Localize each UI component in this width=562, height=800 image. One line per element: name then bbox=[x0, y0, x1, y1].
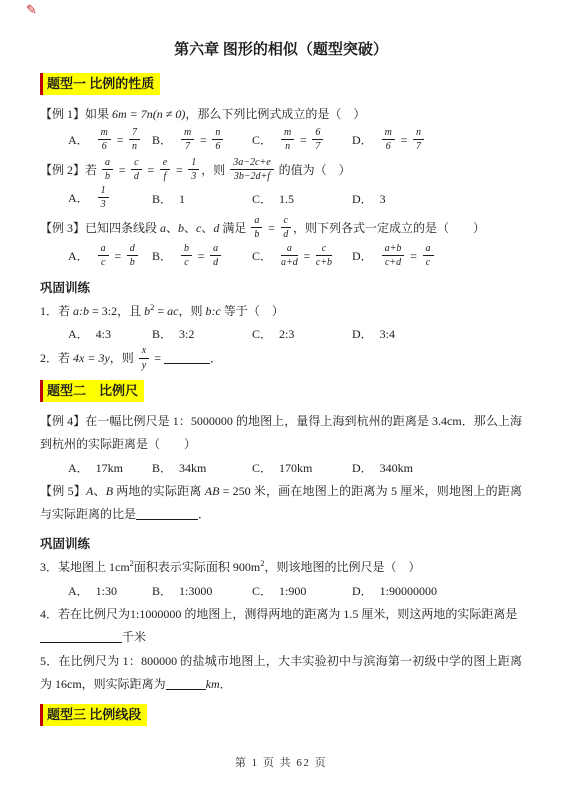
fraction: cd bbox=[281, 215, 291, 241]
fraction-denominator: 7 bbox=[312, 140, 323, 153]
fraction-numerator: 6 bbox=[312, 127, 323, 141]
fraction: xy bbox=[139, 345, 149, 371]
text-run: ，则该地图的比例尺是（ ） bbox=[265, 560, 421, 574]
option-item: B．m7 = n6 bbox=[152, 128, 252, 154]
example-2-text: 【例 2】若 ab = cd = ef = 13，则 3a−2c+e3b−2d+… bbox=[40, 158, 522, 184]
exercise-4-text: 4．若在比例尺为1:1000000 的地图上，测得两地的距离为 1.5 厘米，则… bbox=[40, 603, 522, 626]
exercise-3-text: 3．某地图上 1cm2面积表示实际面积 900m2，则该地图的比例尺是（ ） bbox=[40, 556, 522, 579]
math-run: 6m = 7n(n ≠ 0) bbox=[112, 107, 185, 121]
fraction-numerator: m bbox=[98, 127, 111, 141]
text-run: 4．若在比例尺为1:1000000 的地图上，测得两地的距离为 1.5 厘米，则… bbox=[40, 607, 517, 621]
fraction: a+bc+d bbox=[382, 243, 405, 269]
text-run: 2:3 bbox=[279, 327, 294, 341]
fraction: n7 bbox=[413, 127, 424, 153]
option-item: D．3:4 bbox=[352, 325, 395, 342]
option-item: A．m6 = 7n bbox=[68, 128, 152, 154]
fraction-numerator: a bbox=[281, 243, 298, 257]
option-item: B．34km bbox=[152, 459, 252, 476]
option-item: D．3 bbox=[352, 190, 386, 207]
option-label: A． bbox=[68, 327, 89, 341]
math-run: = bbox=[196, 133, 210, 147]
fraction-denominator: c+b bbox=[316, 256, 332, 269]
text-run: = 3:2，且 bbox=[89, 304, 144, 318]
option-label: B． bbox=[152, 584, 172, 598]
fraction-denominator: 3 bbox=[188, 170, 199, 183]
text-run: ． bbox=[198, 507, 210, 521]
text-run: 【例 3】已知四条线段 bbox=[40, 221, 160, 235]
fraction-numerator: a bbox=[251, 215, 262, 229]
fraction-numerator: 1 bbox=[188, 157, 199, 171]
example-3-text: 【例 3】已知四条线段 a、b、c、d 满足 ab = cd，则下列各式一定成立… bbox=[40, 216, 522, 242]
option-label: D． bbox=[352, 192, 373, 206]
fraction-numerator: 7 bbox=[129, 127, 140, 141]
text-run: 3:2 bbox=[179, 327, 194, 341]
option-item: C．aa+d = cc+b bbox=[252, 244, 352, 270]
fraction-denominator: 3b−2d+f bbox=[230, 170, 273, 183]
fraction: 13 bbox=[188, 157, 199, 183]
option-label: B． bbox=[152, 133, 172, 147]
option-item: D．m6 = n7 bbox=[352, 128, 426, 154]
fraction-numerator: a bbox=[423, 243, 434, 257]
option-item: A．17km bbox=[68, 459, 152, 476]
text-run: 、 bbox=[201, 221, 213, 235]
text-run: 1．若 bbox=[40, 304, 73, 318]
math-run: = bbox=[172, 163, 186, 177]
example-4-options: A．17kmB．34kmC．170kmD．340km bbox=[40, 459, 522, 476]
math-run: = bbox=[397, 133, 411, 147]
text-run: 【例 2】若 bbox=[40, 163, 100, 177]
math-run: = bbox=[111, 249, 125, 263]
fraction-denominator: n bbox=[129, 140, 140, 153]
fraction-denominator: c+d bbox=[382, 256, 405, 269]
option-label: A． bbox=[68, 133, 89, 147]
option-item: C．2:3 bbox=[252, 325, 352, 342]
fraction-numerator: 3a−2c+e bbox=[230, 157, 273, 171]
fraction: cc+b bbox=[316, 243, 332, 269]
text-run: 【例 4】在一幅比例尺是 1：5000000 的地图上，量得上海到杭州的距离是 … bbox=[40, 414, 522, 451]
exercise-1-options: A．4:3B．3:2C．2:3D．3:4 bbox=[40, 325, 522, 342]
fraction-numerator: d bbox=[127, 243, 138, 257]
fraction-denominator: b bbox=[127, 256, 138, 269]
fraction-denominator: d bbox=[210, 256, 221, 269]
exercise-1-text: 1．若 a:b = 3:2，且 b2 = ac，则 b:c 等于（ ） bbox=[40, 300, 522, 323]
answer-blank bbox=[166, 677, 206, 690]
math-run: = bbox=[144, 163, 158, 177]
fraction-denominator: c bbox=[98, 256, 109, 269]
fraction-denominator: d bbox=[131, 170, 141, 183]
text-run: = bbox=[151, 351, 164, 365]
option-label: D． bbox=[352, 133, 373, 147]
math-run: a:b bbox=[73, 304, 89, 318]
fraction: cd bbox=[131, 157, 141, 183]
fraction-numerator: c bbox=[316, 243, 332, 257]
fraction-numerator: c bbox=[131, 157, 141, 171]
drill-header-1: 巩固训练 bbox=[40, 278, 522, 296]
math-run: = bbox=[113, 133, 127, 147]
text-run: 1:3000 bbox=[179, 584, 212, 598]
fraction: aa+d bbox=[281, 243, 298, 269]
option-item: D．a+bc+d = ac bbox=[352, 244, 436, 270]
drill-header-2: 巩固训练 bbox=[40, 534, 522, 552]
fraction-denominator: 6 bbox=[98, 140, 111, 153]
fraction-numerator: a bbox=[102, 157, 113, 171]
example-3-options: A．ac = dbB．bc = adC．aa+d = cc+bD．a+bc+d … bbox=[40, 244, 522, 270]
fraction-numerator: a+b bbox=[382, 243, 405, 257]
math-run: AB bbox=[205, 484, 220, 498]
text-run: ，则 bbox=[201, 163, 228, 177]
option-item: B．3:2 bbox=[152, 325, 252, 342]
fraction-denominator: b bbox=[102, 170, 113, 183]
text-run: 34km bbox=[179, 461, 206, 475]
option-item: C．1.5 bbox=[252, 190, 352, 207]
exercise-3-options: A．1:30B．1:3000C．1:900D．1:90000000 bbox=[40, 582, 522, 599]
text-run: 340km bbox=[380, 461, 413, 475]
text-run: 等于（ ） bbox=[221, 304, 284, 318]
option-item: A．1:30 bbox=[68, 582, 152, 599]
section-header-3: 题型三 比例线段 bbox=[40, 704, 147, 726]
math-run: = bbox=[264, 221, 278, 235]
text-run: 的值为（ ） bbox=[276, 163, 351, 177]
document-page: ✎ 第六章 图形的相似（题型突破） 题型一 比例的性质【例 1】如果 6m = … bbox=[0, 0, 562, 800]
math-run: ac bbox=[167, 304, 178, 318]
math-run: = bbox=[406, 249, 420, 263]
text-run: 面积表示实际面积 900m bbox=[134, 560, 260, 574]
option-label: B． bbox=[152, 249, 172, 263]
text-run: 3:4 bbox=[380, 327, 395, 341]
option-item: A．4:3 bbox=[68, 325, 152, 342]
option-item: D．1:90000000 bbox=[352, 582, 437, 599]
fraction-denominator: 7 bbox=[413, 140, 424, 153]
example-1-text: 【例 1】如果 6m = 7n(n ≠ 0)，那么下列比例式成立的是（ ） bbox=[40, 103, 522, 126]
option-item: C．1:900 bbox=[252, 582, 352, 599]
math-run: = bbox=[296, 133, 310, 147]
fraction-numerator: m bbox=[181, 127, 194, 141]
fraction: ac bbox=[423, 243, 434, 269]
example-1-options: A．m6 = 7nB．m7 = n6C．mn = 67D．m6 = n7 bbox=[40, 128, 522, 154]
fraction-numerator: c bbox=[281, 215, 291, 229]
option-label: A． bbox=[68, 249, 89, 263]
text-run: 、 bbox=[184, 221, 196, 235]
answer-blank bbox=[40, 630, 122, 643]
option-item: B．1:3000 bbox=[152, 582, 252, 599]
section-header-2: 题型二 比例尺 bbox=[40, 380, 144, 402]
text-run: 【例 1】如果 bbox=[40, 107, 112, 121]
text-run: 【例 5】 bbox=[40, 484, 86, 498]
text-run: 1:90000000 bbox=[380, 584, 437, 598]
option-label: D． bbox=[352, 584, 373, 598]
math-run: = bbox=[194, 249, 208, 263]
fraction: bc bbox=[181, 243, 192, 269]
text-run: 1:30 bbox=[96, 584, 117, 598]
text-run: 3．某地图上 1cm bbox=[40, 560, 130, 574]
math-run: b:c bbox=[206, 304, 221, 318]
text-run: 3 bbox=[380, 192, 386, 206]
text-run: 1 bbox=[179, 192, 185, 206]
text-run: 两地的实际距离 bbox=[113, 484, 205, 498]
fraction-denominator: 3 bbox=[98, 198, 109, 211]
text-run: ，则 bbox=[110, 351, 137, 365]
text-run: ． bbox=[220, 677, 232, 691]
text-run: ，则 bbox=[178, 304, 205, 318]
text-run: ． bbox=[210, 351, 222, 365]
fraction-numerator: 1 bbox=[98, 185, 109, 199]
fraction: 67 bbox=[312, 127, 323, 153]
option-label: C． bbox=[252, 249, 272, 263]
fraction: ac bbox=[98, 243, 109, 269]
text-run: 1.5 bbox=[279, 192, 294, 206]
text-run: 千米 bbox=[122, 630, 146, 644]
fraction-denominator: b bbox=[251, 228, 262, 241]
math-run: 4x = 3y bbox=[73, 351, 110, 365]
fraction-denominator: f bbox=[160, 170, 170, 183]
example-5-text: 【例 5】A、B 两地的实际距离 AB = 250 米，画在地图上的距离为 5 … bbox=[40, 480, 522, 527]
exercise-5-text: 5．在比例尺为 1：800000 的盐城市地图上，大丰实验初中与滨海第一初级中学… bbox=[40, 650, 522, 697]
option-item: C．170km bbox=[252, 459, 352, 476]
fraction: db bbox=[127, 243, 138, 269]
option-item: C．mn = 67 bbox=[252, 128, 352, 154]
fraction-denominator: n bbox=[281, 140, 294, 153]
section-header-1: 题型一 比例的性质 bbox=[40, 73, 160, 95]
option-label: C． bbox=[252, 192, 272, 206]
text-run: 170km bbox=[279, 461, 312, 475]
option-item: A．13 bbox=[68, 186, 152, 212]
fraction: m6 bbox=[382, 127, 395, 153]
fraction: ab bbox=[251, 215, 262, 241]
option-label: B． bbox=[152, 461, 172, 475]
fraction-denominator: c bbox=[423, 256, 434, 269]
text-run: 、 bbox=[166, 221, 178, 235]
fraction: 7n bbox=[129, 127, 140, 153]
fraction-numerator: a bbox=[98, 243, 109, 257]
option-label: C． bbox=[252, 461, 272, 475]
option-label: A． bbox=[68, 584, 89, 598]
fraction-numerator: m bbox=[281, 127, 294, 141]
fraction-numerator: x bbox=[139, 345, 149, 359]
fraction: ad bbox=[210, 243, 221, 269]
text-run: 2．若 bbox=[40, 351, 73, 365]
example-2-options: A．13B．1C．1.5D．3 bbox=[40, 186, 522, 212]
math-run: = bbox=[115, 163, 129, 177]
fraction: m7 bbox=[181, 127, 194, 153]
fraction: ab bbox=[102, 157, 113, 183]
text-run: 满足 bbox=[219, 221, 249, 235]
option-label: C． bbox=[252, 133, 272, 147]
option-item: D．340km bbox=[352, 459, 413, 476]
text-run: 5．在比例尺为 1：800000 的盐城市地图上，大丰实验初中与滨海第一初级中学… bbox=[40, 654, 522, 691]
page-footer: 第 1 页 共 62 页 bbox=[0, 754, 562, 770]
text-run: 、 bbox=[93, 484, 105, 498]
math-run: = bbox=[300, 249, 314, 263]
exercise-2-text: 2．若 4x = 3y，则 xy = ． bbox=[40, 346, 522, 372]
text-run: = bbox=[154, 304, 167, 318]
option-label: A． bbox=[68, 461, 89, 475]
fraction-denominator: y bbox=[139, 359, 149, 372]
text-run: 17km bbox=[96, 461, 123, 475]
option-label: D． bbox=[352, 249, 373, 263]
text-run: 1:900 bbox=[279, 584, 306, 598]
option-label: D． bbox=[352, 327, 373, 341]
fraction: ef bbox=[160, 157, 170, 183]
option-label: A． bbox=[68, 191, 89, 205]
math-run: km bbox=[206, 677, 220, 691]
fraction-numerator: m bbox=[382, 127, 395, 141]
text-run: ，则下列各式一定成立的是（ ） bbox=[293, 221, 485, 235]
option-item: B．bc = ad bbox=[152, 244, 252, 270]
example-4-text: 【例 4】在一幅比例尺是 1：5000000 的地图上，量得上海到杭州的距离是 … bbox=[40, 410, 522, 457]
fraction-numerator: e bbox=[160, 157, 170, 171]
fraction: 3a−2c+e3b−2d+f bbox=[230, 157, 273, 183]
fraction-denominator: a+d bbox=[281, 256, 298, 269]
document-body: 题型一 比例的性质【例 1】如果 6m = 7n(n ≠ 0)，那么下列比例式成… bbox=[40, 73, 522, 726]
option-label: C． bbox=[252, 327, 272, 341]
fraction-denominator: 6 bbox=[212, 140, 223, 153]
fraction: mn bbox=[281, 127, 294, 153]
option-item: B．1 bbox=[152, 190, 252, 207]
fraction-denominator: 7 bbox=[181, 140, 194, 153]
fraction-denominator: d bbox=[281, 228, 291, 241]
text-run: ，那么下列比例式成立的是（ ） bbox=[185, 107, 365, 121]
text-run: 4:3 bbox=[96, 327, 111, 341]
red-pen-icon: ✎ bbox=[26, 3, 37, 16]
fraction-numerator: n bbox=[212, 127, 223, 141]
option-label: D． bbox=[352, 461, 373, 475]
answer-blank bbox=[136, 507, 198, 520]
fraction: 13 bbox=[98, 185, 109, 211]
fraction-numerator: n bbox=[413, 127, 424, 141]
option-label: B． bbox=[152, 192, 172, 206]
fraction: n6 bbox=[212, 127, 223, 153]
fraction-denominator: 6 bbox=[382, 140, 395, 153]
answer-blank bbox=[164, 351, 210, 364]
fraction: m6 bbox=[98, 127, 111, 153]
page-title: 第六章 图形的相似（题型突破） bbox=[40, 40, 522, 61]
exercise-4-blank-line: 千米 bbox=[40, 626, 522, 649]
option-label: B． bbox=[152, 327, 172, 341]
fraction-denominator: c bbox=[181, 256, 192, 269]
math-run: B bbox=[106, 484, 113, 498]
fraction-numerator: b bbox=[181, 243, 192, 257]
option-item: A．ac = db bbox=[68, 244, 152, 270]
fraction-numerator: a bbox=[210, 243, 221, 257]
option-label: C． bbox=[252, 584, 272, 598]
